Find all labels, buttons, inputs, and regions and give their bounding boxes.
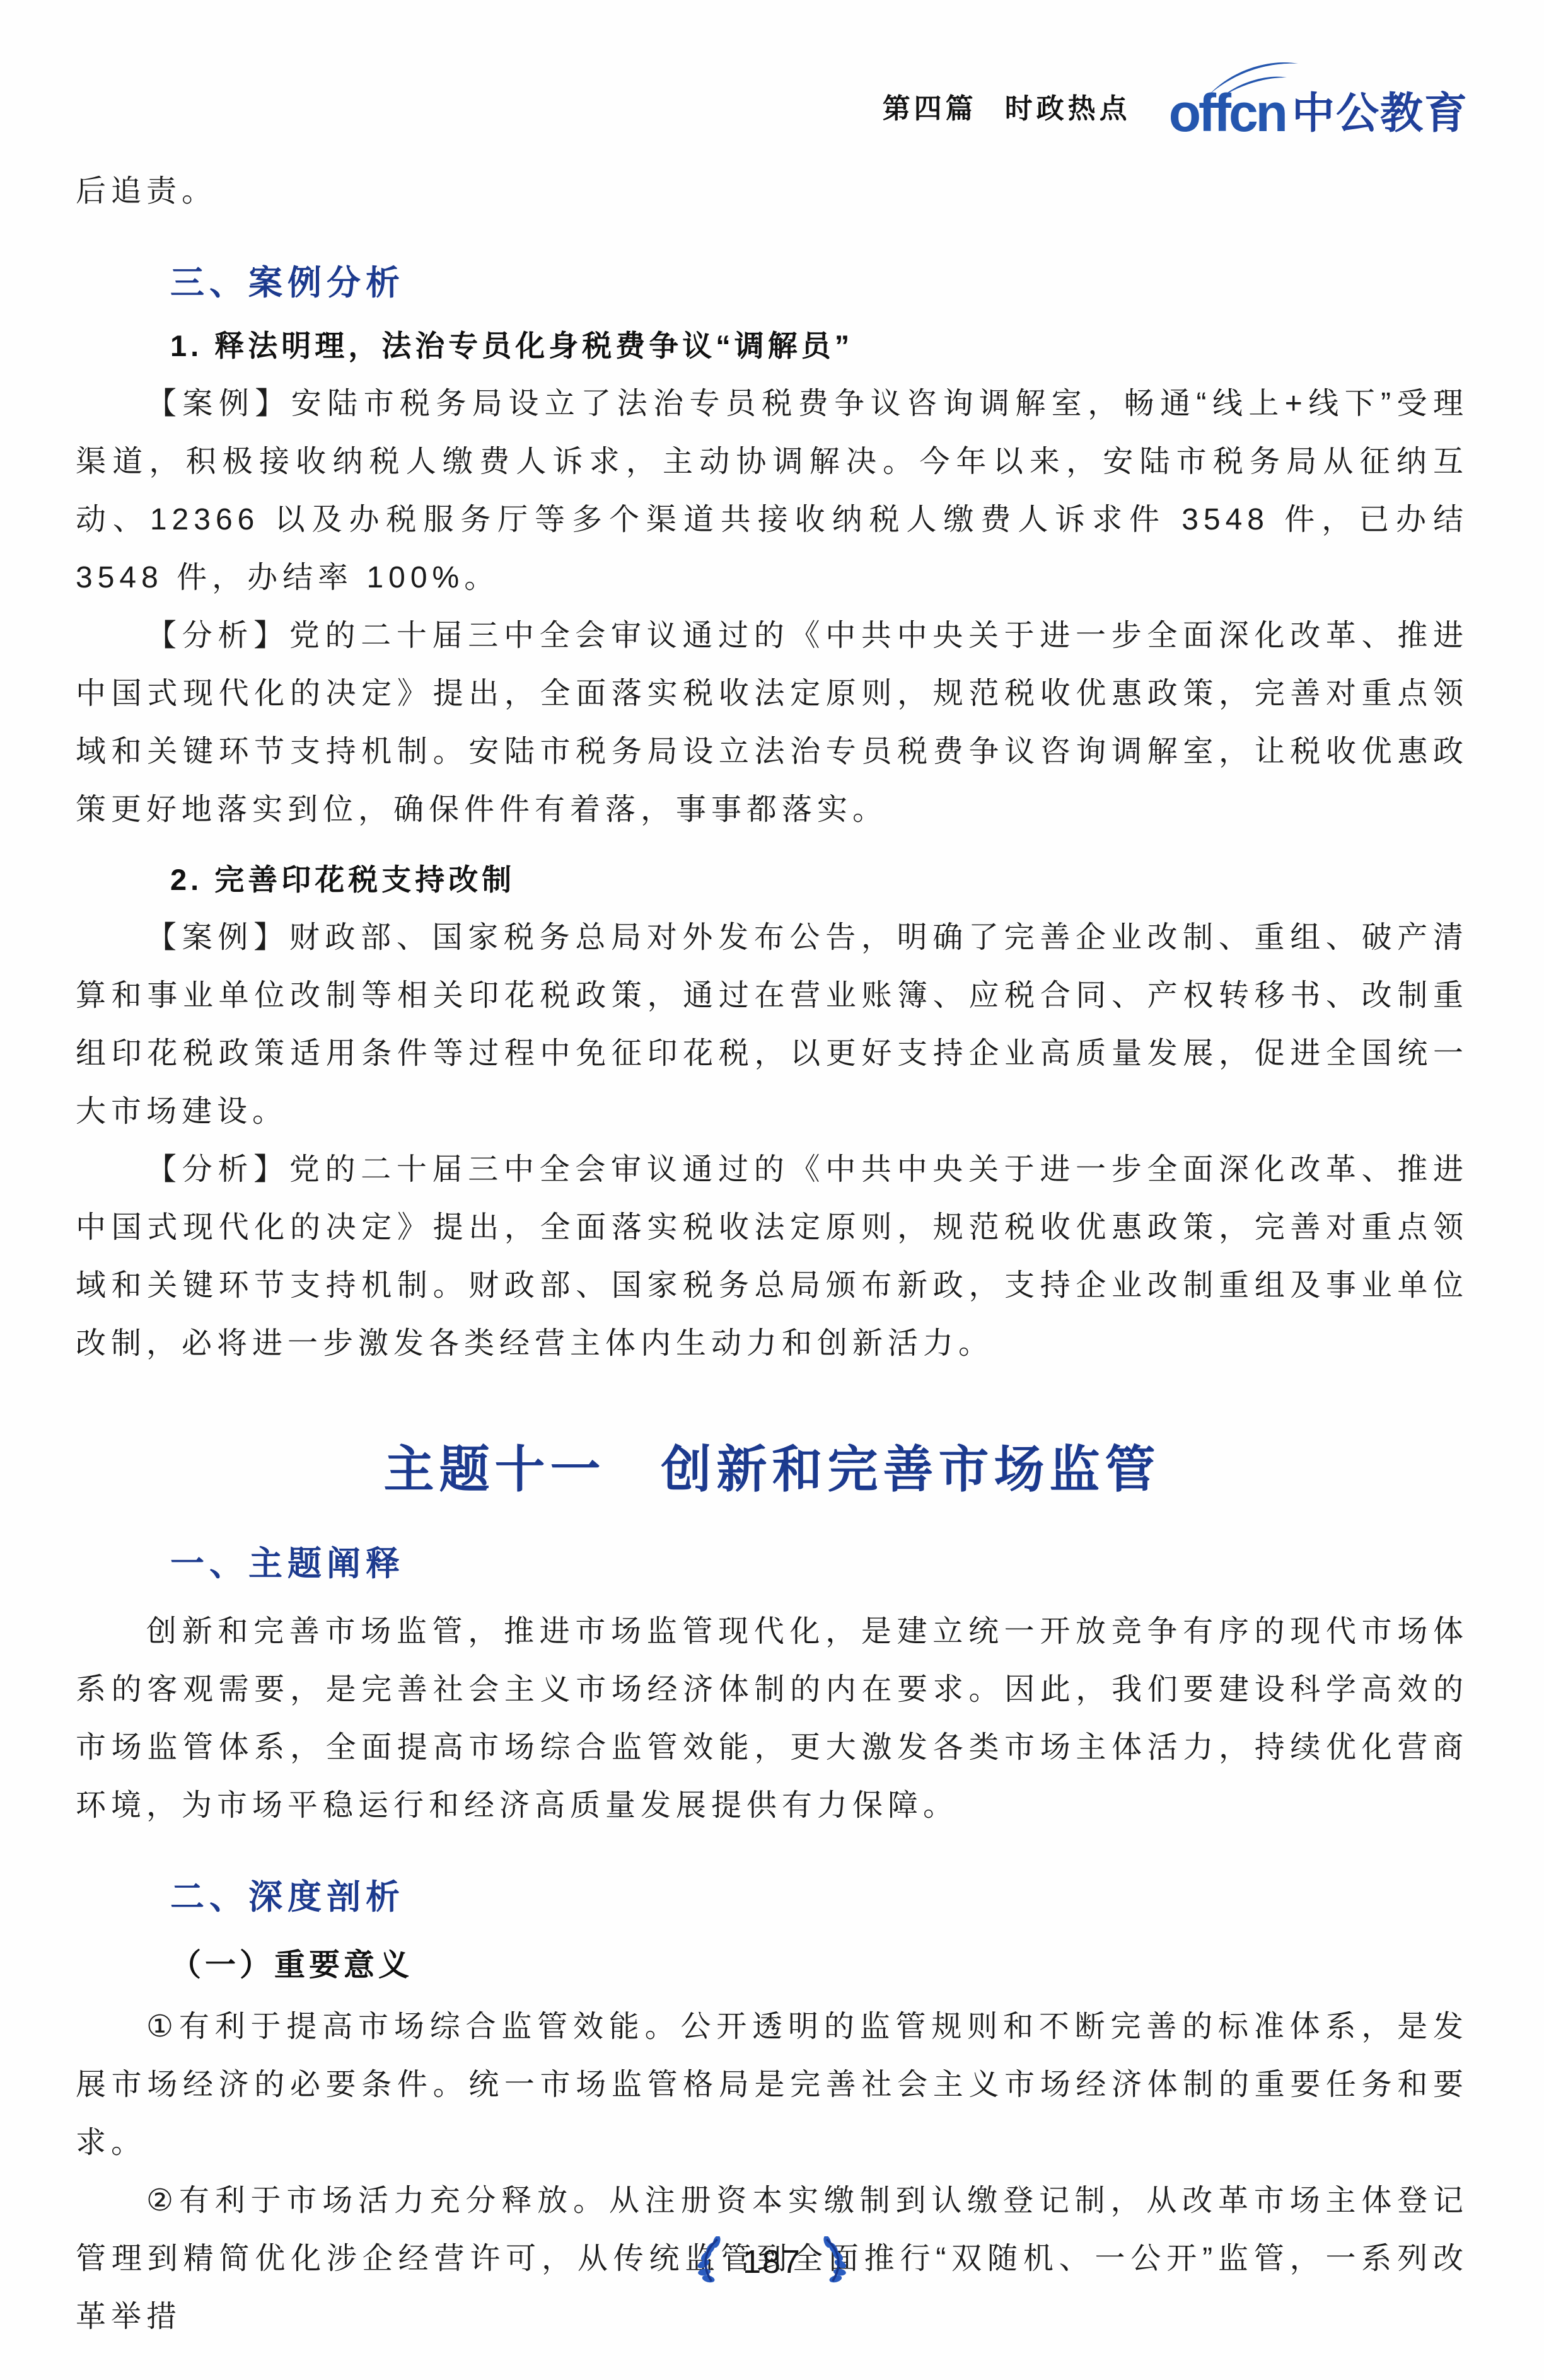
header-part-label: 第四篇时政热点 [883, 86, 1131, 126]
page-header: 第四篇时政热点 offcn 中公教育 [883, 71, 1468, 141]
case-item-1-analysis-paragraph: 【分析】党的二十届三中全会审议通过的《中共中央关于进一步全面深化改革、推进中国式… [76, 607, 1468, 839]
page-content: 后追责。 三、案例分析 1. 释法明理，法治专员化身税费争议“调解员” 【案例】… [76, 163, 1468, 2346]
case-item-1-title: 1. 释法明理，法治专员化身税费争议“调解员” [170, 326, 1468, 365]
topic-title: 主题十一 创新和完善市场监管 [76, 1438, 1468, 1501]
case-item-2-analysis-paragraph: 【分析】党的二十届三中全会审议通过的《中共中央关于进一步全面深化改革、推进中国式… [76, 1141, 1468, 1373]
offcn-logo: offcn 中公教育 [1169, 71, 1468, 141]
offcn-logo-wordmark: offcn [1169, 72, 1286, 139]
page-number: 187 [743, 2243, 801, 2281]
laurel-left-icon [694, 2236, 726, 2287]
section-heading-case-analysis: 三、案例分析 [170, 261, 1468, 305]
topic-section-2-subheading: （一）重要意义 [170, 1946, 1468, 1986]
logo-brand-text: 中公教育 [1292, 71, 1468, 141]
laurel-right-icon [818, 2236, 850, 2287]
topic-section-1-paragraph: 创新和完善市场监管，推进市场监管现代化，是建立统一开放竞争有序的现代市场体系的客… [76, 1603, 1468, 1835]
book-page: 第四篇时政热点 offcn 中公教育 后追责。 三、案例分析 1. 释法明理，法… [0, 0, 1544, 2380]
topic-point-1-paragraph: ①有利于提高市场综合监管效能。公开透明的监管规则和不断完善的标准体系，是发展市场… [76, 1998, 1468, 2172]
topic-section-1-heading: 一、主题阐释 [170, 1542, 1468, 1586]
part-number: 第四篇 [883, 93, 977, 124]
topic-section-2-heading: 二、深度剖析 [170, 1875, 1468, 1919]
case-item-2-title: 2. 完善印花税支持改制 [170, 860, 1468, 899]
part-title: 时政热点 [1005, 93, 1131, 124]
logo-swoosh-icon [1206, 61, 1301, 102]
carryover-text: 后追责。 [76, 163, 1468, 221]
page-footer: 187 [0, 2236, 1544, 2287]
case-item-1-case-paragraph: 【案例】安陆市税务局设立了法治专员税费争议咨询调解室，畅通“线上+线下”受理渠道… [76, 375, 1468, 607]
case-item-2-case-paragraph: 【案例】财政部、国家税务总局对外发布公告，明确了完善企业改制、重组、破产清算和事… [76, 909, 1468, 1141]
